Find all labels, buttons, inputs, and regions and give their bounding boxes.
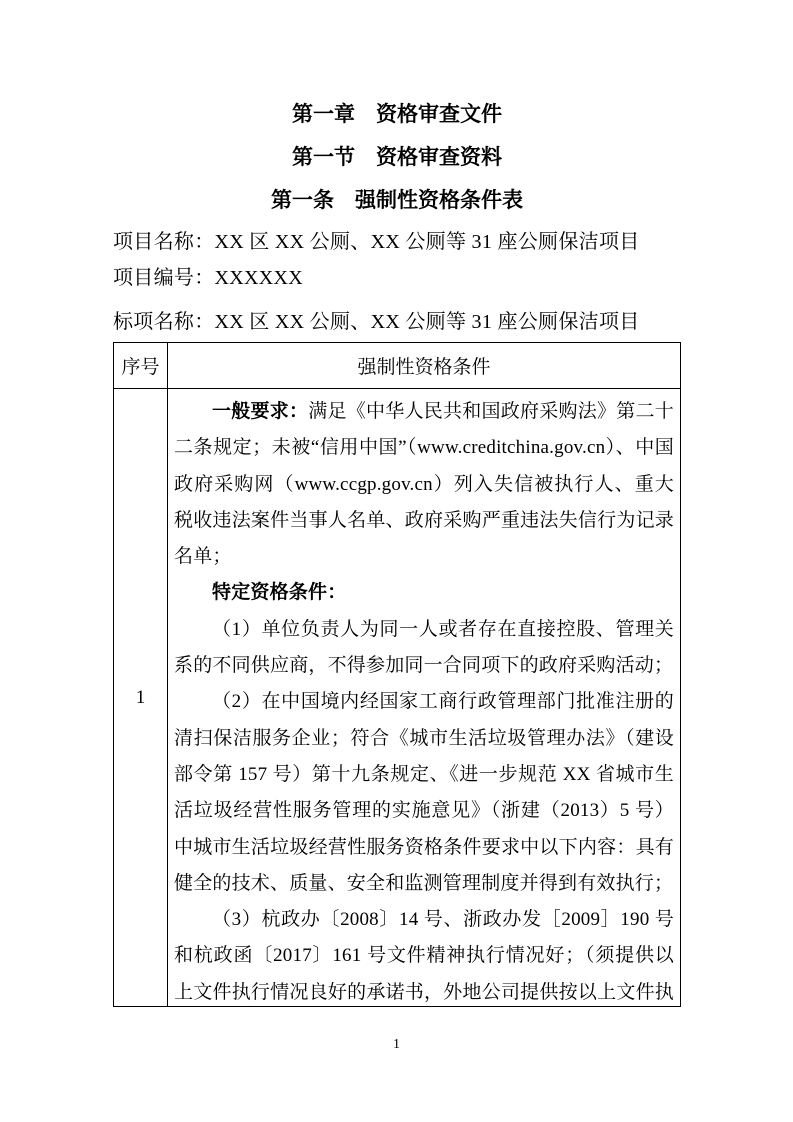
table-header-row: 序号 强制性资格条件 (114, 343, 681, 389)
page-number: 1 (0, 1036, 793, 1054)
condition-paragraph-item2: （2）在中国境内经国家工商行政管理部门批准注册的清扫保洁服务企业；符合《城市生活… (174, 684, 674, 902)
condition-paragraph-general: 一般要求：满足《中华人民共和国政府采购法》第二十二条规定；未被“信用中国”（ww… (174, 394, 674, 575)
general-requirement-label: 一般要求： (212, 401, 308, 422)
document-page: 第一章 资格审查文件 第一节 资格审查资料 第一条 强制性资格条件表 项目名称：… (0, 0, 793, 1122)
condition-paragraph-specific-label: 特定资格条件： (174, 575, 674, 611)
table-header-serial: 序号 (114, 343, 168, 389)
bid-item-name-line: 标项名称：XX 区 XX 公厕、XX 公厕等 31 座公厕保洁项目 (113, 304, 681, 340)
specific-conditions-label: 特定资格条件： (212, 582, 346, 603)
condition-item2-text: （2）在中国境内经国家工商行政管理部门批准注册的清扫保洁服务企业；符合《城市生活… (174, 691, 674, 893)
article-heading: 第一条 强制性资格条件表 (113, 185, 681, 215)
condition-cell: 一般要求：满足《中华人民共和国政府采购法》第二十二条规定；未被“信用中国”（ww… (168, 389, 681, 1007)
table-header-condition: 强制性资格条件 (168, 343, 681, 389)
qualification-table: 序号 强制性资格条件 1 一般要求：满足《中华人民共和国政府采购法》第二十二条规… (113, 342, 681, 1007)
document-content: 第一章 资格审查文件 第一节 资格审查资料 第一条 强制性资格条件表 项目名称：… (113, 0, 681, 1007)
section-heading: 第一节 资格审查资料 (113, 142, 681, 172)
serial-cell: 1 (114, 389, 168, 1007)
table-row: 1 一般要求：满足《中华人民共和国政府采购法》第二十二条规定；未被“信用中国”（… (114, 389, 681, 1007)
project-number-line: 项目编号：XXXXXX (113, 260, 681, 296)
chapter-heading: 第一章 资格审查文件 (113, 99, 681, 129)
condition-paragraph-item1: （1）单位负责人为同一人或者存在直接控股、管理关系的不同供应商，不得参加同一合同… (174, 612, 674, 685)
condition-item3-text: （3）杭政办〔2008〕14 号、浙政办发［2009］190 号和杭政函〔201… (174, 909, 674, 1006)
condition-text-block: 一般要求：满足《中华人民共和国政府采购法》第二十二条规定；未被“信用中国”（ww… (174, 394, 674, 1006)
condition-item1-text: （1）单位负责人为同一人或者存在直接控股、管理关系的不同供应商，不得参加同一合同… (174, 619, 674, 676)
project-name-line: 项目名称：XX 区 XX 公厕、XX 公厕等 31 座公厕保洁项目 (113, 224, 681, 260)
general-requirement-text: 满足《中华人民共和国政府采购法》第二十二条规定；未被“信用中国”（www.cre… (174, 401, 674, 567)
condition-paragraph-item3: （3）杭政办〔2008〕14 号、浙政办发［2009］190 号和杭政函〔201… (174, 902, 674, 1006)
